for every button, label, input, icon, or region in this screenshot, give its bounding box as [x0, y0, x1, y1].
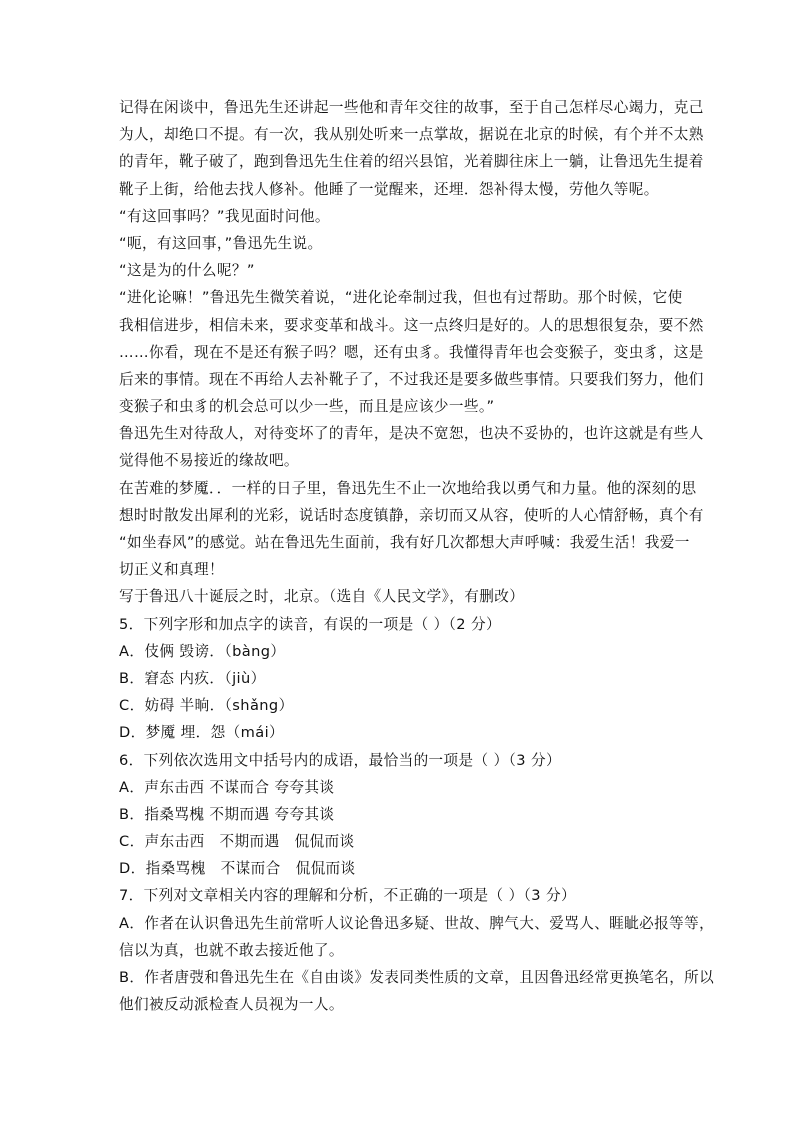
- question-6: 6．下列依次选用文中括号内的成语，最恰当的一项是（ ）（3 分） A．声东击西 …: [119, 747, 679, 883]
- option-c: C．妨碍 半晌．（shǎng）: [119, 692, 679, 719]
- passage-line: 切正义和真理！: [119, 556, 679, 583]
- passage-line: 在苦难的梦魇．．一样的日子里，鲁迅先生不止一次地给我以勇气和力量。他的深刻的思: [119, 475, 679, 502]
- passage-line: 觉得他不易接近的缘故吧。: [119, 447, 679, 474]
- passage-line: “有这回事吗？”我见面时问他。: [119, 203, 679, 230]
- passage-line: 记得在闲谈中，鲁迅先生还讲起一些他和青年交往的故事，至于自己怎样尽心竭力，克己: [119, 94, 679, 121]
- passage-line: 变猴子和虫豸的机会总可以少一些，而且是应该少一些。”: [119, 393, 679, 420]
- passage-line: 的青年，靴子破了，跑到鲁迅先生住着的绍兴县馆，光着脚往床上一躺，让鲁迅先生提着: [119, 148, 679, 175]
- question-stem: 5．下列字形和加点字的读音，有误的一项是（ ）（2 分）: [119, 611, 679, 638]
- source-note: 写于鲁迅八十诞辰之时，北京。（选自《人民文学》，有删改）: [119, 583, 679, 610]
- passage: 记得在闲谈中，鲁迅先生还讲起一些他和青年交往的故事，至于自己怎样尽心竭力，克己 …: [119, 94, 679, 611]
- option-b: B．指桑骂槐 不期而遇 夸夸其谈: [119, 801, 679, 828]
- passage-line: 后来的事情。现在不再给人去补靴子了，不过我还是要多做些事情。只要我们努力，他们: [119, 366, 679, 393]
- question-stem: 6．下列依次选用文中括号内的成语，最恰当的一项是（ ）（3 分）: [119, 747, 679, 774]
- passage-line: 我相信进步，相信未来，要求变革和战斗。这一点终归是好的。人的思想很复杂，要不然: [119, 312, 679, 339]
- passage-line: “进化论嘛！”鲁迅先生微笑着说，“进化论牵制过我，但也有过帮助。那个时候，它使: [119, 284, 679, 311]
- passage-line: ……你看，现在不是还有猴子吗？嗯，还有虫豸。我懂得青年也会变猴子，变虫豸，这是: [119, 339, 679, 366]
- question-7: 7．下列对文章相关内容的理解和分析，不正确的一项是（ ）（3 分） A．作者在认…: [119, 882, 679, 1018]
- passage-line: 靴子上街，给他去找人修补。他睡了一觉醒来，还埋．怨补得太慢，劳他久等呢。: [119, 176, 679, 203]
- option-a: A．声东击西 不谋而合 夸夸其谈: [119, 774, 679, 801]
- passage-line: 鲁迅先生对待敌人，对待变坏了的青年，是决不宽恕，也决不妥协的，也许这就是有些人: [119, 420, 679, 447]
- question-5: 5．下列字形和加点字的读音，有误的一项是（ ）（2 分） A．伎俩 毁谤．（bà…: [119, 611, 679, 747]
- passage-line: 想时时散发出犀利的光彩，说话时态度镇静，亲切而又从容，使听的人心情舒畅，真个有: [119, 502, 679, 529]
- option-a: A．作者在认识鲁迅先生前常听人议论鲁迅多疑、世故、脾气大、爱骂人、睚眦必报等等，: [119, 910, 679, 937]
- option-b: B．窘态 内疚．（jiù）: [119, 665, 679, 692]
- option-c: C．声东击西 不期而遇 侃侃而谈: [119, 828, 679, 855]
- passage-line: “这是为的什么呢？”: [119, 257, 679, 284]
- question-stem: 7．下列对文章相关内容的理解和分析，不正确的一项是（ ）（3 分）: [119, 882, 679, 909]
- option-d: D．指桑骂槐 不谋而合 侃侃而谈: [119, 855, 679, 882]
- document-page: 记得在闲谈中，鲁迅先生还讲起一些他和青年交往的故事，至于自己怎样尽心竭力，克己 …: [119, 94, 679, 1018]
- option-a-continued: 信以为真，也就不敢去接近他了。: [119, 937, 679, 964]
- passage-line: “呃，有这回事，”鲁迅先生说。: [119, 230, 679, 257]
- option-b-continued: 他们被反动派检查人员视为一人。: [119, 991, 679, 1018]
- option-a: A．伎俩 毁谤．（bàng）: [119, 638, 679, 665]
- passage-line: 为人，却绝口不提。有一次，我从别处听来一点掌故，据说在北京的时候，有个并不太熟: [119, 121, 679, 148]
- option-d: D．梦魇 埋．怨（mái）: [119, 719, 679, 746]
- option-b: B．作者唐弢和鲁迅先生在《自由谈》发表同类性质的文章，且因鲁迅经常更换笔名，所以: [119, 964, 679, 991]
- passage-line: “如坐春风”的感觉。站在鲁迅先生面前，我有好几次都想大声呼喊：我爱生活！我爱一: [119, 529, 679, 556]
